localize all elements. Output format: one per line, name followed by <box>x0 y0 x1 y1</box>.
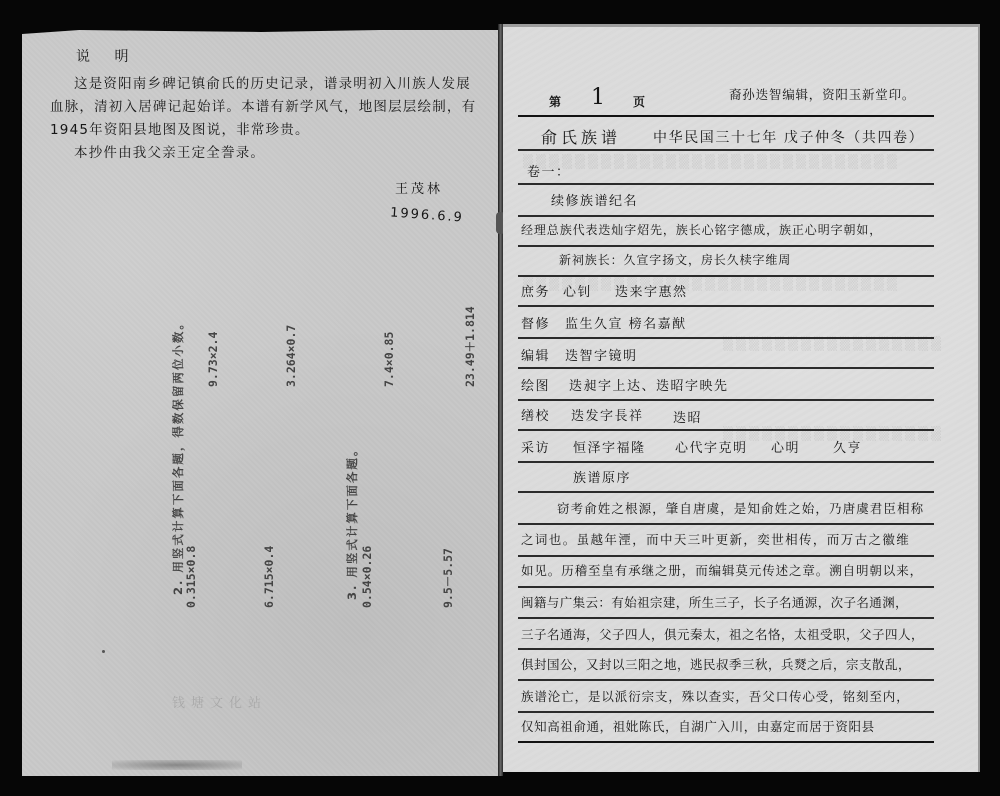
ruled-line <box>518 149 934 151</box>
show-through-text: ▒▒▒▒▒▒▒▒▒▒▒▒▒▒▒▒▒ <box>723 337 944 352</box>
note-paragraph-1: 这是资阳南乡碑记镇俞氏的历史记录，谱录明初入川族人发展血脉，清初入居碑记起始详。… <box>50 73 480 142</box>
left-page: 说 明 这是资阳南乡碑记镇俞氏的历史记录，谱录明初入川族人发展血脉，清初入居碑记… <box>22 30 500 776</box>
problem-3-item-1: 0.54×0.26 <box>360 546 374 608</box>
problem-2-item-1: 0.315×0.8 <box>184 546 198 608</box>
role-label: 绘图 <box>521 375 550 394</box>
paper-speck <box>102 650 105 653</box>
new-shrine-line: 新祠族长：久宣字扬文，房长久椟字维周 <box>559 251 791 268</box>
section-heading: 续修族谱纪名 <box>551 190 638 209</box>
preface-line: 之词也。虽越年湮，而中天三叶更新，奕世相传，而万古之徽维 <box>521 530 910 548</box>
page-number: 1 <box>591 85 607 110</box>
problem-2-item-4: 3.264×0.7 <box>284 325 298 387</box>
note-title: 说 明 <box>76 46 480 69</box>
role-name: 迭昶字上达、迭昭字映先 <box>569 375 729 394</box>
header-rule <box>518 115 934 117</box>
ruled-line <box>518 305 934 307</box>
role-name: 心钊 <box>563 281 592 300</box>
preface-line: 三子名通海，父子四人，俱元秦太，祖之名恪，太祖受职，父子四人， <box>521 625 924 643</box>
page-stain <box>112 760 242 770</box>
role-label: 采访 <box>521 437 550 456</box>
preface-heading: 族谱原序 <box>573 467 631 486</box>
ruled-line <box>518 711 934 713</box>
show-through-text: ▒▒▒▒▒▒▒▒▒▒▒▒▒▒▒▒▒▒▒▒▒▒▒▒▒▒▒▒▒ <box>523 155 900 170</box>
page-label-suffix: 页 <box>633 93 645 110</box>
preface-line: 族谱沦亡，是以派衍宗支，殊以查实，吾父口传心受，铭刻至内， <box>521 687 910 705</box>
faint-stamp: 钱塘文化站 <box>172 692 267 711</box>
compiler-note: 裔孙迭智编辑，资阳玉新堂印。 <box>729 85 915 103</box>
ruled-line <box>518 429 934 431</box>
role-label: 缮校 <box>521 405 550 424</box>
signature-name: 王茂林 <box>395 178 443 201</box>
page-label-prefix: 第 <box>549 93 561 110</box>
problem-3-heading: 3. 用竖式计算下面各题。 <box>344 443 360 600</box>
ruled-line <box>518 679 934 681</box>
ruled-line <box>518 275 934 277</box>
preface-line: 闽籍与广集云：有始祖宗建，所生三子，长子名通源，次子名通渊， <box>521 593 908 611</box>
role-name: 迭发字長祥 <box>571 405 644 424</box>
genealogy-date: 中华民国三十七年 戊子仲冬（共四卷） <box>653 127 924 147</box>
genealogy-title: 俞氏族谱 <box>541 125 621 148</box>
role-name: 监生久宣 榜名嘉猷 <box>565 313 687 332</box>
role-name: 迭昭 <box>673 407 702 426</box>
role-name: 迭来字惠然 <box>615 281 688 300</box>
preface-line: 窃考俞姓之根源，肇自唐虞，是知俞姓之始，乃唐虞君臣相称 <box>557 499 924 517</box>
role-name: 心代字克明 <box>675 437 748 456</box>
ruled-line <box>518 461 934 463</box>
role-name: 迭智字镜明 <box>565 345 638 364</box>
role-label: 编辑 <box>521 345 550 364</box>
ruled-line <box>518 337 934 339</box>
ruled-line <box>518 399 934 401</box>
role-name: 久亨 <box>833 437 862 456</box>
preface-line: 仅知高祖俞通，祖妣陈氏，自湖广入川，由嘉定而居于资阳县 <box>521 717 875 735</box>
ruled-line <box>518 586 934 588</box>
problem-3-item-2: 7.4×0.85 <box>382 332 396 387</box>
role-label: 庶务 <box>521 281 550 300</box>
ruled-line <box>518 367 934 369</box>
ruled-line <box>518 245 934 247</box>
ruled-line <box>518 491 934 493</box>
volume-label: 卷一： <box>527 161 571 180</box>
problem-3-item-3: 9.5－5.57 <box>440 548 456 608</box>
problem-2-item-3: 6.715×0.4 <box>262 546 276 608</box>
preface-line: 俱封国公，又封以三阳之地，逃民叔季三秋，兵燹之后，宗支散乱， <box>521 655 911 673</box>
problem-2-item-2: 9.73×2.4 <box>206 332 220 387</box>
ruled-line <box>518 741 934 743</box>
ruled-line <box>518 617 934 619</box>
role-name: 心明 <box>771 437 800 456</box>
problem-3-item-4: 23.49＋1.814 <box>462 306 478 387</box>
ruled-line <box>518 215 934 217</box>
manager-line: 经理总族代表迭灿字炤先，族长心铭字德成，族正心明字朝如， <box>521 221 882 238</box>
ruled-line <box>518 648 934 650</box>
scan-background: 说 明 这是资阳南乡碑记镇俞氏的历史记录，谱录明初入川族人发展血脉，清初入居碑记… <box>0 0 1000 796</box>
preface-line: 如见。历稽至皇有承继之册，而编辑莫元传述之章。溯自明朝以来， <box>521 561 923 579</box>
ruled-line <box>518 523 934 525</box>
role-label: 督修 <box>521 313 550 332</box>
ruled-line <box>518 183 934 185</box>
note-paragraph-2: 本抄件由我父亲王定全誊录。 <box>50 142 480 165</box>
role-name: 恒泽字福隆 <box>573 437 646 456</box>
ruled-line <box>518 555 934 557</box>
handwritten-note: 说 明 这是资阳南乡碑记镇俞氏的历史记录，谱录明初入川族人发展血脉，清初入居碑记… <box>50 46 480 165</box>
signature-date: 1996.6.9 <box>389 201 464 229</box>
right-page: ▒▒▒▒▒▒▒▒▒▒▒▒▒▒▒▒▒▒▒▒▒▒▒▒▒▒▒▒▒ ▒▒▒▒▒▒▒▒▒▒… <box>503 24 980 772</box>
